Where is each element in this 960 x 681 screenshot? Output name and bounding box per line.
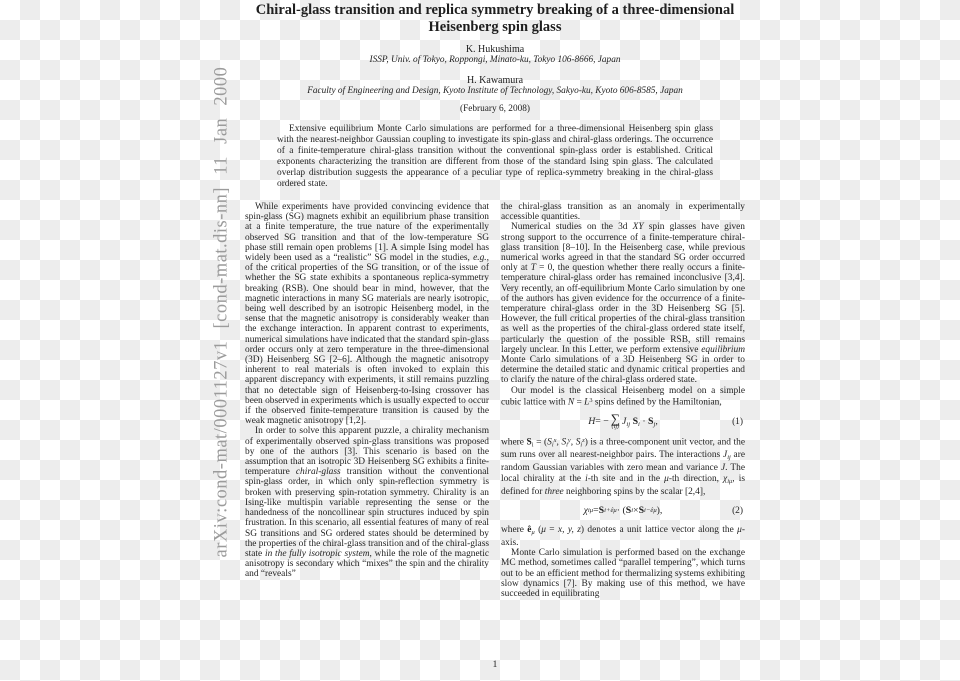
equation-2-number: (2)	[732, 506, 743, 516]
author-block-2: H. Kawamura Faculty of Engineering and D…	[245, 75, 745, 97]
equation-1-equals: = −	[595, 416, 609, 427]
paragraph-chirality-mechanism: In order to solve this apparent puzzle, …	[245, 426, 489, 579]
paper-title-line-2: Heisenberg spin glass	[245, 19, 745, 36]
author-affiliation-2: Faculty of Engineering and Design, Kyoto…	[245, 86, 745, 97]
paper-title-line-1: Chiral-glass transition and replica symm…	[245, 2, 745, 19]
paragraph-unit-vector: where êμ (μ = x, y, z) denotes a unit la…	[501, 525, 745, 548]
paragraph-numerical-studies: Numerical studies on the 3d XY spin glas…	[501, 222, 745, 385]
paragraph-intro: While experiments have provided convinci…	[245, 202, 489, 426]
paragraph-chirality-definition: where Si = (Six, Siy, Siz) is a three-co…	[501, 436, 745, 497]
document-page: arXiv:cond-mat/0001127v1 [cond-mat.dis-n…	[0, 0, 960, 681]
right-column: the chiral-glass transition as an anomal…	[501, 202, 745, 599]
paper-content: Chiral-glass transition and replica symm…	[245, 0, 745, 599]
arxiv-stamp-text: arXiv:cond-mat/0001127v1 [cond-mat.dis-n…	[212, 67, 233, 558]
author-affiliation-1: ISSP, Univ. of Tokyo, Roppongi, Minato-k…	[245, 55, 745, 66]
abstract: Extensive equilibrium Monte Carlo simula…	[277, 124, 713, 190]
paragraph-model: Our model is the classical Heisenberg mo…	[501, 386, 745, 408]
date-line: (February 6, 2008)	[245, 104, 745, 114]
paper-title: Chiral-glass transition and replica symm…	[245, 2, 745, 35]
author-block-1: K. Hukushima ISSP, Univ. of Tokyo, Roppo…	[245, 44, 745, 66]
equation-2-body: χiμ = Si+êμ · (Si × Si−êμ),	[584, 505, 663, 516]
author-name-2: H. Kawamura	[245, 75, 745, 86]
equation-2: χiμ = Si+êμ · (Si × Si−êμ), (2)	[501, 502, 745, 520]
paragraph-continuation: the chiral-glass transition as an anomal…	[501, 202, 745, 222]
paragraph-monte-carlo: Monte Carlo simulation is performed base…	[501, 548, 745, 599]
two-column-body: While experiments have provided convinci…	[245, 202, 745, 599]
equation-1-rhs: Jij Si · Sj,	[622, 416, 658, 428]
equation-1: H = − ∑ ⟨ij⟩ Jij Si · Sj, (1)	[501, 413, 745, 431]
sum-symbol: ∑ ⟨ij⟩	[611, 413, 620, 430]
page-number: 1	[245, 659, 745, 670]
equation-1-body: H = − ∑ ⟨ij⟩ Jij Si · Sj,	[588, 413, 658, 430]
hamiltonian-symbol: H	[588, 416, 595, 427]
equation-1-number: (1)	[732, 417, 743, 427]
left-column: While experiments have provided convinci…	[245, 202, 489, 599]
author-name-1: K. Hukushima	[245, 44, 745, 55]
